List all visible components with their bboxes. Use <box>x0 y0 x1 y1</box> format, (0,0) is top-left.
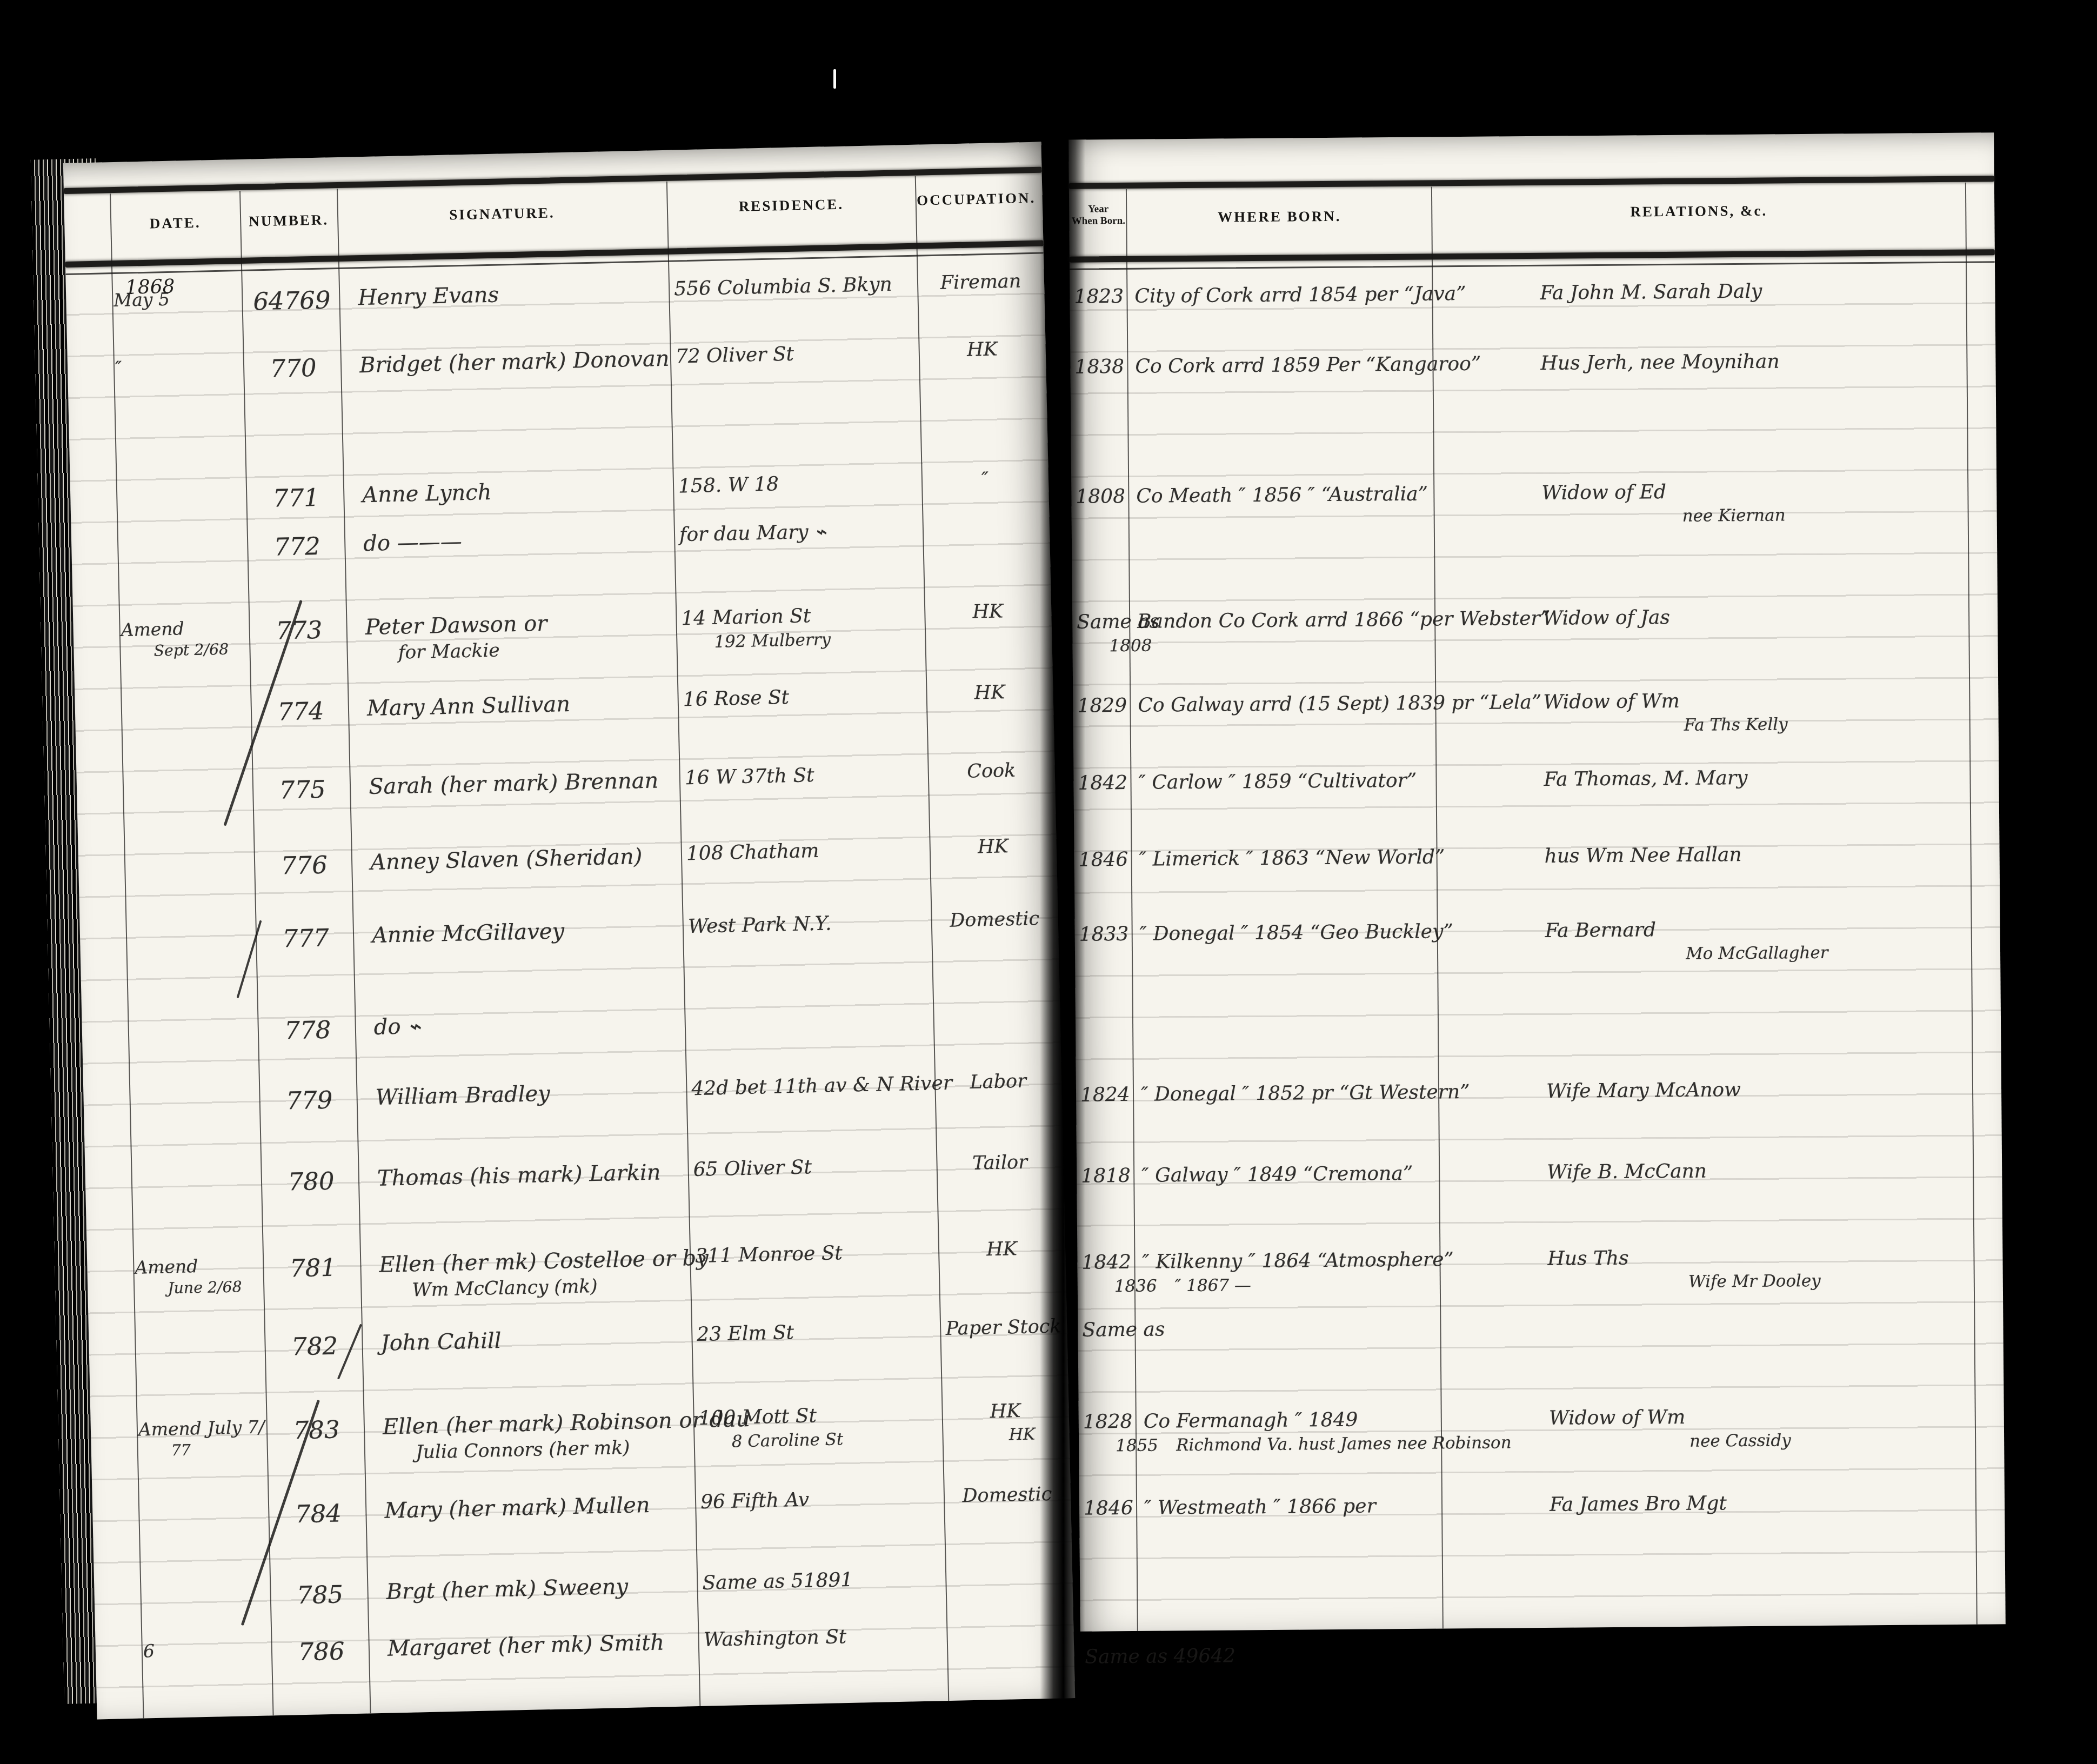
cell-relations-line: Mo McGallagher <box>1686 940 2053 965</box>
cell-year-when-born-line: 1828 <box>1083 1409 1137 1435</box>
cell-residence: Same as 51891 <box>702 1566 949 1596</box>
cell-occupation-line: Cook <box>933 758 1050 785</box>
cell-number: 786 <box>273 1635 369 1668</box>
cell-residence-line: 311 Monroe St <box>695 1239 941 1269</box>
cell-number-line: 770 <box>246 352 341 385</box>
cell-occupation-line: HK <box>934 834 1051 861</box>
cell-number-line: 771 <box>249 482 344 515</box>
ledger-row-right: 18421836″ Kilkenny ″ 1864 “Atmosphere”″ … <box>1077 1243 2002 1250</box>
cell-number: 784 <box>271 1497 366 1531</box>
header-top-rule <box>64 167 1042 194</box>
cell-relations: Widow of Wmnee Cassidy <box>1457 1402 2058 1454</box>
cell-where-born: ″ Donegal ″ 1852 pr “Gt Western” <box>1141 1080 1439 1107</box>
cell-number: 777 <box>258 922 353 955</box>
scanned-ledger-screenshot: { "year_note": "1868", "headers": { "lef… <box>0 0 2097 1764</box>
cell-number-line: 775 <box>255 773 350 807</box>
ledger-row-right: Same as <box>1078 1311 2003 1318</box>
cell-signature: John Cahill <box>380 1322 694 1358</box>
cell-where-born-line: Co Cork arrd 1859 Per “Kangaroo” <box>1135 352 1433 379</box>
cell-number: 778 <box>260 1014 355 1047</box>
cell-occupation-line: Domestic <box>936 906 1053 933</box>
cell-number: 779 <box>262 1084 357 1118</box>
cell-year-when-born-line: 1842 <box>1081 1250 1136 1276</box>
cell-year-when-born-line: Same as <box>1082 1318 1136 1344</box>
cell-residence: 96 Fifth Av <box>700 1485 947 1515</box>
cell-number: 783 <box>269 1414 364 1447</box>
ledger-row-right: 1818″ Galway ″ 1849 “Cremona”Wife B. McC… <box>1077 1157 2002 1164</box>
ledger-row: ″770Bridget (her mark) Donovan72 Oliver … <box>68 337 1046 358</box>
cell-date: AmendJune 2/68 <box>135 1253 265 1299</box>
ledger-row: AmendJune 2/68781Ellen (her mk) Costello… <box>87 1236 1065 1257</box>
ledger-row: 785Brgt (her mk) SweenySame as 51891 <box>94 1563 1072 1584</box>
ledger-row: 772do ———for dau Mary ⌁ <box>71 514 1050 536</box>
cell-where-born-line: City of Cork arrd 1854 per “Java” <box>1134 282 1433 309</box>
cell-occupation-line: HK <box>924 337 1040 364</box>
cell-signature-line: William Bradley <box>375 1077 689 1112</box>
ledger-row-right: 1824″ Donegal ″ 1852 pr “Gt Western”Wife… <box>1076 1075 2001 1083</box>
column-header-residence: RESIDENCE. <box>667 195 916 217</box>
ledger-row: 784Mary (her mark) Mullen96 Fifth AvDome… <box>92 1482 1071 1503</box>
ledger-row-right: 1808Co Meath ″ 1856 ″ “Australia”Widow o… <box>1071 477 1996 484</box>
cell-where-born-line: ″ 1867 — <box>1175 1273 1441 1297</box>
cell-number-line: 784 <box>271 1497 366 1531</box>
cell-year-when-born: 1818 <box>1081 1164 1135 1190</box>
cell-number-line: 786 <box>273 1635 369 1668</box>
ledger-row-right: 1829Co Galway arrd (15 Sept) 1839 pr “Le… <box>1073 686 1998 693</box>
ledger-row-right: 1846″ Westmeath ″ 1866 perFa James Bro M… <box>1079 1489 2005 1496</box>
cell-year-when-born-line: 1836 <box>1114 1275 1136 1298</box>
cell-occupation: Domestic <box>936 906 1053 933</box>
cell-year-when-born: 1824 <box>1080 1083 1134 1108</box>
cell-relations: Fa BernardMo McGallagher <box>1453 915 2054 967</box>
cell-number-line: 776 <box>257 849 352 883</box>
cell-signature: Thomas (his mark) Larkin <box>377 1158 691 1193</box>
cell-signature: Mary Ann Sullivan <box>366 687 680 723</box>
cell-relations-line: Hus Jerh, nee Moynihan <box>1540 348 2048 377</box>
cell-year-when-born: 1846 <box>1084 1496 1138 1522</box>
cell-year-when-born-line: 1818 <box>1081 1164 1135 1190</box>
cell-date: May 5 <box>113 286 244 312</box>
cell-relations: Widow of Jas <box>1451 603 2051 633</box>
ledger-row: Amend July 7/77783Ellen (her mark) Robin… <box>91 1398 1069 1419</box>
cell-number-line: 773 <box>251 614 346 647</box>
cell-signature-line: Anne Lynch <box>362 475 676 510</box>
cell-year-when-born-line: 1824 <box>1080 1083 1134 1108</box>
cell-year-when-born: Same as <box>1082 1318 1136 1344</box>
cell-where-born: Bandon Co Cork arrd 1866 “per Webster” <box>1137 607 1435 634</box>
cell-signature-line: John Cahill <box>380 1322 694 1358</box>
cell-where-born-line: Co Fermanagh ″ 1849 <box>1144 1407 1442 1434</box>
cell-residence-line: Washington St <box>703 1622 950 1653</box>
cell-where-born-line: Richmond Va. hust James nee Robinson <box>1176 1432 1442 1456</box>
cell-residence-line: 108 Chatham <box>686 836 932 867</box>
ledger-row: 774Mary Ann Sullivan16 Rose StHK <box>75 679 1053 700</box>
cell-date-line: May 5 <box>113 286 244 312</box>
cell-where-born: ″ Kilkenny ″ 1864 “Atmosphere”″ 1867 — <box>1142 1247 1441 1297</box>
cell-where-born-line: ″ Westmeath ″ 1866 per <box>1144 1493 1442 1521</box>
cell-occupation: Fireman <box>923 269 1039 296</box>
ledger-row-right: 1842″ Carlow ″ 1859 “Cultivator”Fa Thoma… <box>1073 764 1999 771</box>
cell-year-when-born-line: 1808 <box>1109 635 1131 657</box>
cell-signature: Annie McGillavey <box>372 914 686 950</box>
cell-number-line: 772 <box>250 530 345 564</box>
cell-where-born: City of Cork arrd 1854 per “Java” <box>1134 282 1433 309</box>
cell-occupation-line: ″ <box>927 466 1044 493</box>
cell-residence: 16 Rose St <box>683 682 929 713</box>
cell-signature: Anne Lynch <box>362 475 676 510</box>
ledger-row-right: 1846″ Limerick ″ 1863 “New World”hus Wm … <box>1074 840 1999 847</box>
cell-number-line: 64769 <box>244 284 339 318</box>
cell-residence: for dau Mary ⌁ <box>679 517 926 548</box>
cell-relations: Fa John M. Sarah Daly <box>1448 277 2048 308</box>
cell-where-born: ″ Galway ″ 1849 “Cremona” <box>1141 1161 1440 1188</box>
cell-number: 782 <box>267 1330 362 1364</box>
column-header-signature: SIGNATURE. <box>337 202 667 226</box>
cell-where-born: Co Fermanagh ″ 1849Richmond Va. hust Jam… <box>1144 1407 1442 1456</box>
cell-residence: 42d bet 11th av & N River <box>691 1071 938 1102</box>
cell-residence: West Park N.Y. <box>687 909 934 940</box>
cell-signature: Peter Dawson orfor Mackie <box>365 606 679 665</box>
cell-relations-line: Fa John M. Sarah Daly <box>1540 277 2048 306</box>
cell-residence: 100 Mott St8 Caroline St <box>698 1401 945 1453</box>
cell-where-born-line: Bandon Co Cork arrd 1866 “per Webster” <box>1137 607 1435 634</box>
cell-year-when-born: 1833 <box>1079 922 1133 948</box>
cell-signature-line: Margaret (her mk) Smith <box>387 1628 701 1663</box>
cell-relations: Fa James Bro Mgt <box>1458 1488 2058 1519</box>
cell-number: 776 <box>257 849 352 883</box>
cell-residence: 158. W 18 <box>678 469 925 499</box>
cell-residence: 72 Oliver St <box>675 339 921 370</box>
cell-number: 773 <box>251 614 346 647</box>
cell-year-when-born-line: 1846 <box>1084 1496 1138 1522</box>
ledger-row-right: 1838Co Cork arrd 1859 Per “Kangaroo”Hus … <box>1070 348 1995 355</box>
cell-date-line: ″ <box>115 354 245 380</box>
cell-relations: Widow of WmFa Ths Kelly <box>1451 686 2052 738</box>
cell-where-born-line: Co Galway arrd (15 Sept) 1839 pr “Lela” <box>1138 691 1436 718</box>
cell-relations: Wife B. McCann <box>1455 1156 2055 1186</box>
cell-relations: Wife Mary McAnow <box>1454 1075 2054 1105</box>
cell-signature-line: Brgt (her mk) Sweeny <box>386 1571 700 1606</box>
cell-occupation: HK <box>930 599 1046 626</box>
cell-occupation: Cook <box>933 758 1050 785</box>
cell-number-line: 780 <box>263 1165 358 1199</box>
cell-number: 772 <box>250 530 345 564</box>
cell-date-line: June 2/68 <box>168 1277 265 1299</box>
cell-occupation: Labor <box>940 1068 1057 1095</box>
cell-occupation: HK <box>934 834 1051 861</box>
cell-number: 64769 <box>244 284 339 318</box>
right-page-entries: 1823City of Cork arrd 1854 per “Java”Fa … <box>1068 132 1994 139</box>
ledger-row: 779William Bradley42d bet 11th av & N Ri… <box>83 1068 1061 1090</box>
cell-date: Amend July 7/77 <box>138 1415 269 1461</box>
cell-signature: Bridget (her mark) Donovan <box>359 345 673 380</box>
cell-where-born-line: ″ Galway ″ 1849 “Cremona” <box>1141 1161 1440 1188</box>
cell-residence-line: West Park N.Y. <box>687 909 934 940</box>
cell-residence-line: 556 Columbia S. Bkyn <box>674 272 920 303</box>
cell-number: 775 <box>255 773 350 807</box>
header-bottom-rule <box>1070 249 1995 262</box>
cell-date: ″ <box>115 354 245 380</box>
ledger-left-page: DATE. NUMBER. SIGNATURE. RESIDENCE. OCCU… <box>63 142 1075 1720</box>
cell-occupation-line: Labor <box>940 1068 1057 1095</box>
cell-number: 780 <box>263 1165 358 1199</box>
cell-signature: Henry Evans <box>358 277 672 312</box>
column-header-where-born: WHERE BORN. <box>1127 207 1431 226</box>
cell-date-line: Amend <box>135 1253 265 1279</box>
cell-year-when-born: 18281855 <box>1083 1409 1138 1457</box>
cell-where-born: Co Cork arrd 1859 Per “Kangaroo” <box>1135 352 1433 379</box>
cell-where-born-line: ″ Donegal ″ 1854 “Geo Buckley” <box>1140 919 1438 947</box>
cell-residence-line: 192 Mulberry <box>714 626 928 653</box>
cell-where-born: ″ Carlow ″ 1859 “Cultivator” <box>1138 768 1437 796</box>
cell-year-when-born-line: 1846 <box>1078 847 1132 873</box>
cell-signature: Anney Slaven (Sheridan) <box>370 841 684 877</box>
ledger-row: 776Anney Slaven (Sheridan)108 ChathamHK <box>78 833 1057 854</box>
scan-artifact <box>833 69 836 89</box>
cell-number: 785 <box>272 1578 368 1612</box>
cell-residence: 16 W 37th St <box>684 760 931 791</box>
header-top-rule <box>1069 176 1994 189</box>
cell-occupation: HK <box>924 337 1040 364</box>
cell-residence-line: 16 W 37th St <box>684 760 931 791</box>
cell-date-line: 6 <box>143 1637 273 1663</box>
ledger-row: 775Sarah (her mark) Brennan16 W 37th StC… <box>77 758 1055 779</box>
cell-signature-line: Mary Ann Sullivan <box>366 687 680 723</box>
cell-number: 781 <box>265 1252 360 1285</box>
cell-relations-line: Hus Ths <box>1547 1242 2055 1272</box>
cell-relations: hus Wm Nee Hallan <box>1452 840 2052 871</box>
cell-residence-line: 158. W 18 <box>678 469 925 499</box>
cell-year-when-born-line: Same as 49642 <box>1085 1645 1139 1671</box>
cell-signature-line: do ——— <box>363 523 677 558</box>
cell-residence-line: 8 Caroline St <box>731 1426 945 1453</box>
cell-signature: Ellen (her mark) Robinson or dauJulia Co… <box>382 1406 697 1465</box>
cell-where-born-line: ″ Donegal ″ 1852 pr “Gt Western” <box>1141 1080 1439 1107</box>
cell-signature: William Bradley <box>375 1077 689 1112</box>
ledger-row-right: 18281855Co Fermanagh ″ 1849Richmond Va. … <box>1079 1402 2004 1409</box>
cell-where-born: ″ Westmeath ″ 1866 per <box>1144 1493 1442 1521</box>
cell-relations-line: Fa Ths Kelly <box>1684 711 2052 736</box>
cell-year-when-born: 1829 <box>1077 693 1131 719</box>
cell-signature: Brgt (her mk) Sweeny <box>386 1571 700 1606</box>
ledger-row: 782John Cahill23 Elm StPaper Stock <box>89 1314 1067 1335</box>
ledger-row: 778do ⌁ <box>82 998 1060 1019</box>
left-page-entries: May 564769Henry Evans556 Columbia S. Bky… <box>63 142 1041 163</box>
ledger-row: 777Annie McGillaveyWest Park N.Y.Domesti… <box>80 906 1058 927</box>
cell-number-line: 774 <box>253 695 348 729</box>
cell-where-born-line: ″ Limerick ″ 1863 “New World” <box>1139 845 1437 872</box>
cell-where-born: Co Galway arrd (15 Sept) 1839 pr “Lela” <box>1138 691 1436 718</box>
column-line <box>110 193 144 1718</box>
ledger-row: 780Thomas (his mark) Larkin65 Oliver StT… <box>85 1150 1063 1171</box>
ledger-row-right: Same as 49642 <box>1080 1638 2006 1645</box>
cell-residence-line: 42d bet 11th av & N River <box>691 1071 938 1102</box>
ledger-row: May 564769Henry Evans556 Columbia S. Bky… <box>66 269 1044 290</box>
cell-date: AmendSept 2/68 <box>121 616 251 662</box>
cell-date-line: Amend July 7/ <box>138 1415 269 1441</box>
cell-signature: Margaret (her mk) Smith <box>387 1628 701 1663</box>
cell-residence-line: Same as 51891 <box>702 1566 949 1596</box>
cell-relations-line: Fa James Bro Mgt <box>1550 1488 2058 1518</box>
column-line <box>915 176 950 1701</box>
cell-date-line: Sept 2/68 <box>153 639 251 661</box>
cell-number: 771 <box>249 482 344 515</box>
cell-signature-line: Thomas (his mark) Larkin <box>377 1158 691 1193</box>
cell-residence-line: 65 Oliver St <box>693 1152 939 1183</box>
cell-relations-line: Widow of Wm <box>1543 686 2051 716</box>
cell-residence-line: 96 Fifth Av <box>700 1485 947 1515</box>
cell-signature: Mary (her mark) Mullen <box>384 1490 698 1525</box>
cell-relations-line: nee Cassidy <box>1689 1427 2057 1452</box>
header-bottom-rule-thin <box>1070 261 1995 270</box>
cell-year-when-born: Same as 49642 <box>1085 1645 1139 1671</box>
cell-residence: 556 Columbia S. Bkyn <box>674 272 920 303</box>
cell-year-when-born-line: 1833 <box>1079 922 1133 948</box>
cell-residence: 14 Marion St192 Mulberry <box>681 601 928 653</box>
ledger-right-page: Year When Born. WHERE BORN. RELATIONS, &… <box>1068 132 2006 1631</box>
cell-relations-line: Wife Mary McAnow <box>1546 1075 2054 1104</box>
cell-occupation: ″ <box>927 466 1044 493</box>
cell-relations-line: Wife Mr Dooley <box>1688 1268 2056 1293</box>
cell-relations: Widow of Ednee Kiernan <box>1450 477 2050 529</box>
cell-relations-line: Fa Thomas, M. Mary <box>1544 764 2052 793</box>
cell-relations: Hus Jerh, nee Moynihan <box>1448 348 2048 378</box>
cell-relations: Fa Thomas, M. Mary <box>1452 764 2052 794</box>
cell-signature: Ellen (her mk) Costelloe or byWm McClanc… <box>379 1244 693 1303</box>
cell-residence-line: 23 Elm St <box>697 1317 943 1348</box>
book-gutter-shadow <box>1040 129 1085 1707</box>
cell-number-line: 778 <box>260 1014 355 1047</box>
cell-where-born: ″ Limerick ″ 1863 “New World” <box>1139 845 1437 872</box>
cell-signature-line: do ⌁ <box>373 1006 687 1041</box>
cell-signature-line: Anney Slaven (Sheridan) <box>370 841 684 877</box>
cell-signature-line: Mary (her mark) Mullen <box>384 1490 698 1525</box>
cell-number-line: 777 <box>258 922 353 955</box>
ledger-row-right: Same as1808Bandon Co Cork arrd 1866 “per… <box>1072 603 1998 610</box>
cell-relations-line: Fa Bernard <box>1545 915 2053 944</box>
cell-signature-line: Henry Evans <box>358 277 672 312</box>
cell-where-born: Co Meath ″ 1856 ″ “Australia” <box>1136 482 1434 509</box>
cell-number: 774 <box>253 695 348 729</box>
cell-relations-line: hus Wm Nee Hallan <box>1544 840 2052 870</box>
cell-relations-line: Widow of Jas <box>1542 603 2051 632</box>
cell-signature: Sarah (her mark) Brennan <box>369 766 683 801</box>
cell-number-line: 783 <box>269 1414 364 1447</box>
cell-where-born-line: ″ Carlow ″ 1859 “Cultivator” <box>1138 768 1437 796</box>
column-header-relations: RELATIONS, &c. <box>1431 201 1966 222</box>
cell-relations: Hus ThsWife Mr Dooley <box>1455 1242 2056 1294</box>
column-line <box>666 182 701 1706</box>
cell-signature-line: Sarah (her mark) Brennan <box>369 766 683 801</box>
cell-where-born-line: ″ Kilkenny ″ 1864 “Atmosphere” <box>1142 1247 1440 1275</box>
cell-date-line: 77 <box>171 1439 269 1461</box>
cell-number-line: 781 <box>265 1252 360 1285</box>
cell-signature-line: Annie McGillavey <box>372 914 686 950</box>
cell-residence: 108 Chatham <box>686 836 932 867</box>
cell-relations-line: Widow of Ed <box>1541 477 2049 506</box>
cell-where-born-line: Co Meath ″ 1856 ″ “Australia” <box>1136 482 1434 509</box>
ledger-row-right: 1833″ Donegal ″ 1854 “Geo Buckley”Fa Ber… <box>1075 915 2000 922</box>
cell-residence: Washington St <box>703 1622 950 1653</box>
cell-year-when-born-line: 1842 <box>1078 771 1132 797</box>
cell-signature: do ——— <box>363 523 677 558</box>
cell-number-line: 782 <box>267 1330 362 1364</box>
cell-signature-line: Bridget (her mark) Donovan <box>359 345 673 380</box>
cell-residence-line: 16 Rose St <box>683 682 929 713</box>
ledger-row-right: 1823City of Cork arrd 1854 per “Java”Fa … <box>1070 277 1995 284</box>
cell-date-line: Amend <box>121 616 251 642</box>
column-header-number: NUMBER. <box>240 211 338 230</box>
cell-year-when-born: 1842 <box>1078 771 1132 797</box>
column-header-date: DATE. <box>110 213 241 233</box>
cell-number: 770 <box>246 352 341 385</box>
cell-year-when-born: 1846 <box>1078 847 1132 873</box>
cell-relations-line: Wife B. McCann <box>1547 1156 2055 1185</box>
cell-residence: 23 Elm St <box>697 1317 943 1348</box>
cell-year-when-born-line: 1829 <box>1077 693 1131 719</box>
cell-residence: 65 Oliver St <box>693 1152 939 1183</box>
cell-occupation: HK <box>931 680 1048 707</box>
cell-occupation-line: HK <box>931 680 1048 707</box>
cell-year-when-born: 18421836 <box>1081 1250 1136 1298</box>
cell-signature: do ⌁ <box>373 1006 687 1041</box>
cell-relations-line: nee Kiernan <box>1682 502 2050 527</box>
cell-date: 6 <box>143 1637 273 1663</box>
cell-relations-line: Widow of Wm <box>1549 1402 2057 1431</box>
cell-residence-line: for dau Mary ⌁ <box>679 517 926 548</box>
cell-residence: 311 Monroe St <box>695 1239 941 1269</box>
column-header-occupation: OCCUPATION. <box>915 190 1037 209</box>
cell-residence-line: 72 Oliver St <box>675 339 921 370</box>
cell-where-born: ″ Donegal ″ 1854 “Geo Buckley” <box>1140 919 1438 947</box>
cell-number-line: 785 <box>272 1578 368 1612</box>
cell-occupation-line: Fireman <box>923 269 1039 296</box>
cell-year-when-born-line: 1855 <box>1116 1435 1137 1457</box>
cell-occupation-line: HK <box>930 599 1046 626</box>
ledger-row: 771Anne Lynch158. W 18″ <box>70 466 1048 487</box>
amendment-check-mark <box>236 920 262 999</box>
ledger-row: AmendSept 2/68773Peter Dawson orfor Mack… <box>73 598 1051 619</box>
cell-number-line: 779 <box>262 1084 357 1118</box>
